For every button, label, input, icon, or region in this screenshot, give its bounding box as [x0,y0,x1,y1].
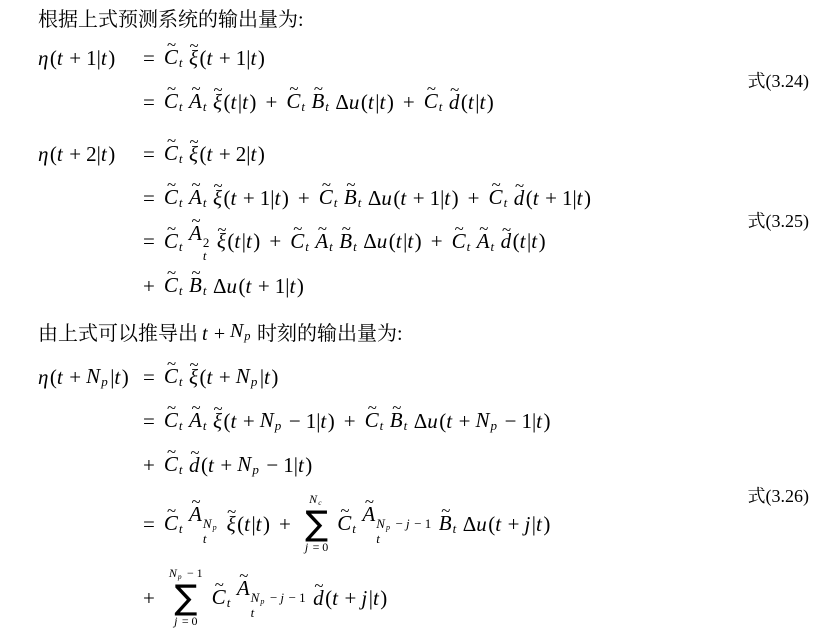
equation-rhs: =~Ct~ξ(t+1|t) [138,45,265,71]
equation-rhs: =~Ct~At~ξ(t+Np−1|t)+~Ct~BtΔu(t+Np−1|t) [138,408,551,434]
equation-block-3-25: η(t+2|t)=~Ct~ξ(t+2|t) =~Ct~At~ξ(t+1|t)+~… [38,132,837,308]
equation-line: =~Ct~At~ξ(t+1|t)+~Ct~BtΔu(t+1|t)+~Ct~d(t… [38,176,837,220]
paragraph-intro-1: 根据上式预测系统的输出量为: [38,6,837,34]
equation-label-3-24: 式(3.24) [748,67,810,93]
equation-line: +~Ct~d(t+Np−1|t) [38,443,837,487]
equation-block-3-26: η(t+Np|t)=~Ct~ξ(t+Np|t) =~Ct~At~ξ(t+Np−1… [38,355,837,635]
thesis-page: 根据上式预测系统的输出量为: η(t+1|t)=~Ct~ξ(t+1|t) =~C… [0,0,837,640]
equation-rhs: +~Ct~BtΔu(t+1|t) [138,273,304,299]
equation-rhs: =~Ct~At~ξ(t+1|t)+~Ct~BtΔu(t+1|t)+~Ct~d(t… [138,185,591,211]
equation-lhs: η(t+2|t) [38,142,138,167]
equation-rhs: =~Ct~At~ξ(t|t)+~Ct~BtΔu(t|t)+~Ct~d(t|t) [138,89,494,115]
equation-rhs: +Np−1∑j=0~Ct~ANp−j−1t~d(t+j|t) [138,567,387,629]
equation-line: =~Ct~ANpt~ξ(t|t)+Nc∑j=0~Ct~ANp−j−1t~BtΔu… [38,487,837,561]
equation-rhs: =~Ct~ξ(t+2|t) [138,141,265,167]
equation-line: =~Ct~A2t~ξ(t|t)+~Ct~At~BtΔu(t|t)+~Ct~At~… [38,220,837,264]
equation-line: +~Ct~BtΔu(t+1|t) [38,264,837,308]
equation-rhs: =~Ct~ξ(t+Np|t) [138,364,278,390]
equation-block-3-24: η(t+1|t)=~Ct~ξ(t+1|t) =~Ct~At~ξ(t|t)+~Ct… [38,36,837,124]
equation-rhs: =~Ct~ANpt~ξ(t|t)+Nc∑j=0~Ct~ANp−j−1t~BtΔu… [138,493,550,555]
equation-lhs: η(t+Np|t) [38,364,138,390]
equation-line: η(t+Np|t)=~Ct~ξ(t+Np|t) [38,355,837,399]
equation-line: η(t+1|t)=~Ct~ξ(t+1|t) [38,36,837,80]
equation-lhs: η(t+1|t) [38,46,138,71]
paragraph-intro-2: 由上式可以推导出t+Np时刻的输出量为: [38,316,837,351]
equation-label-3-25: 式(3.25) [748,207,810,233]
equation-rhs: =~Ct~A2t~ξ(t|t)+~Ct~At~BtΔu(t|t)+~Ct~At~… [138,221,546,263]
equation-line: =~Ct~At~ξ(t|t)+~Ct~BtΔu(t|t)+~Ct~d(t|t) [38,80,837,124]
equation-line: η(t+2|t)=~Ct~ξ(t+2|t) [38,132,837,176]
equation-rhs: +~Ct~d(t+Np−1|t) [138,452,312,478]
equation-label-3-26: 式(3.26) [748,482,810,508]
equation-line: +Np−1∑j=0~Ct~ANp−j−1t~d(t+j|t) [38,561,837,635]
equation-line: =~Ct~At~ξ(t+Np−1|t)+~Ct~BtΔu(t+Np−1|t) [38,399,837,443]
